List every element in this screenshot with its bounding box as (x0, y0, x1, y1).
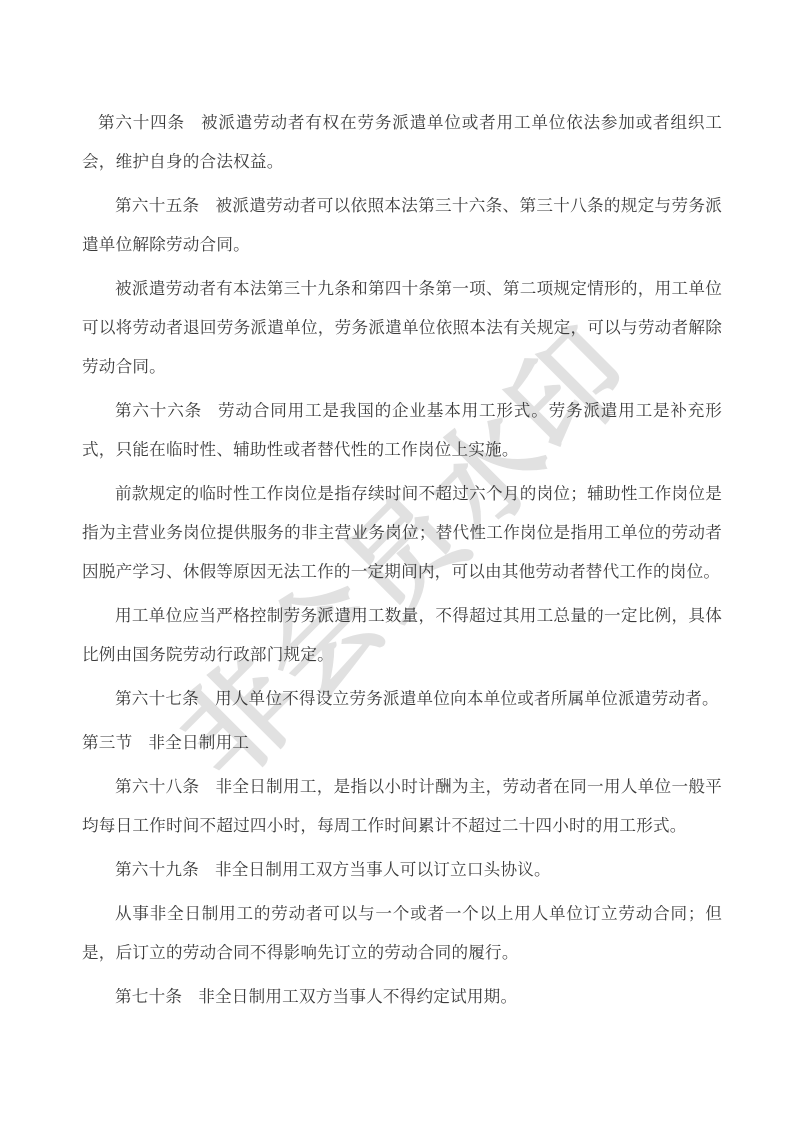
article-number: 第六十四条 (98, 113, 185, 132)
article-65-clause-2: 被派遣劳动者有本法第三十九条和第四十条第一项、第二项规定情形的，用工单位可以将劳… (82, 269, 722, 386)
article-text: 非全日制用工双方当事人可以订立口头协议。 (215, 860, 551, 879)
paragraph-text: 被派遣劳动者有本法第三十九条和第四十条第一项、第二项规定情形的，用工单位可以将劳… (82, 279, 722, 376)
article-70: 第七十条非全日制用工双方当事人不得约定试用期。 (82, 977, 722, 1016)
article-number: 第六十八条 (115, 777, 199, 796)
article-66-clause-2: 前款规定的临时性工作岗位是指存续时间不超过六个月的岗位；辅助性工作岗位是指为主营… (82, 474, 722, 591)
article-number: 第七十条 (115, 987, 182, 1006)
section-heading: 第三节非全日制用工 (82, 723, 722, 762)
article-66: 第六十六条劳动合同用工是我国的企业基本用工形式。劳务派遣用工是补充形式，只能在临… (82, 391, 722, 469)
section-number: 第三节 (82, 733, 132, 752)
article-65: 第六十五条被派遣劳动者可以依照本法第三十六条、第三十八条的规定与劳务派遣单位解除… (82, 186, 722, 264)
article-68: 第六十八条非全日制用工，是指以小时计酬为主，劳动者在同一用人单位一般平均每日工作… (82, 767, 722, 845)
article-69-clause-2: 从事非全日制用工的劳动者可以与一个或者一个以上用人单位订立劳动合同；但是，后订立… (82, 894, 722, 972)
article-67: 第六十七条用人单位不得设立劳务派遣单位向本单位或者所属单位派遣劳动者。 (82, 679, 722, 718)
paragraph-text: 从事非全日制用工的劳动者可以与一个或者一个以上用人单位订立劳动合同；但是，后订立… (82, 904, 722, 962)
article-66-clause-3: 用工单位应当严格控制劳务派遣用工数量，不得超过其用工总量的一定比例，具体比例由国… (82, 596, 722, 674)
article-text: 用人单位不得设立劳务派遣单位向本单位或者所属单位派遣劳动者。 (215, 689, 719, 708)
document-body: 第六十四条被派遣劳动者有权在劳务派遣单位或者用工单位依法参加或者组织工会，维护自… (82, 103, 722, 1021)
article-number: 第六十六条 (115, 401, 202, 420)
article-69: 第六十九条非全日制用工双方当事人可以订立口头协议。 (82, 850, 722, 889)
document-page: 非会员水印 第六十四条被派遣劳动者有权在劳务派遣单位或者用工单位依法参加或者组织… (0, 0, 800, 1131)
article-64: 第六十四条被派遣劳动者有权在劳务派遣单位或者用工单位依法参加或者组织工会，维护自… (82, 103, 722, 181)
paragraph-text: 用工单位应当严格控制劳务派遣用工数量，不得超过其用工总量的一定比例，具体比例由国… (82, 606, 722, 664)
article-text: 非全日制用工双方当事人不得约定试用期。 (198, 987, 517, 1006)
article-number: 第六十七条 (115, 689, 199, 708)
paragraph-text: 前款规定的临时性工作岗位是指存续时间不超过六个月的岗位；辅助性工作岗位是指为主营… (82, 484, 722, 581)
article-number: 第六十五条 (115, 196, 199, 215)
section-title: 非全日制用工 (148, 733, 249, 752)
article-number: 第六十九条 (115, 860, 199, 879)
